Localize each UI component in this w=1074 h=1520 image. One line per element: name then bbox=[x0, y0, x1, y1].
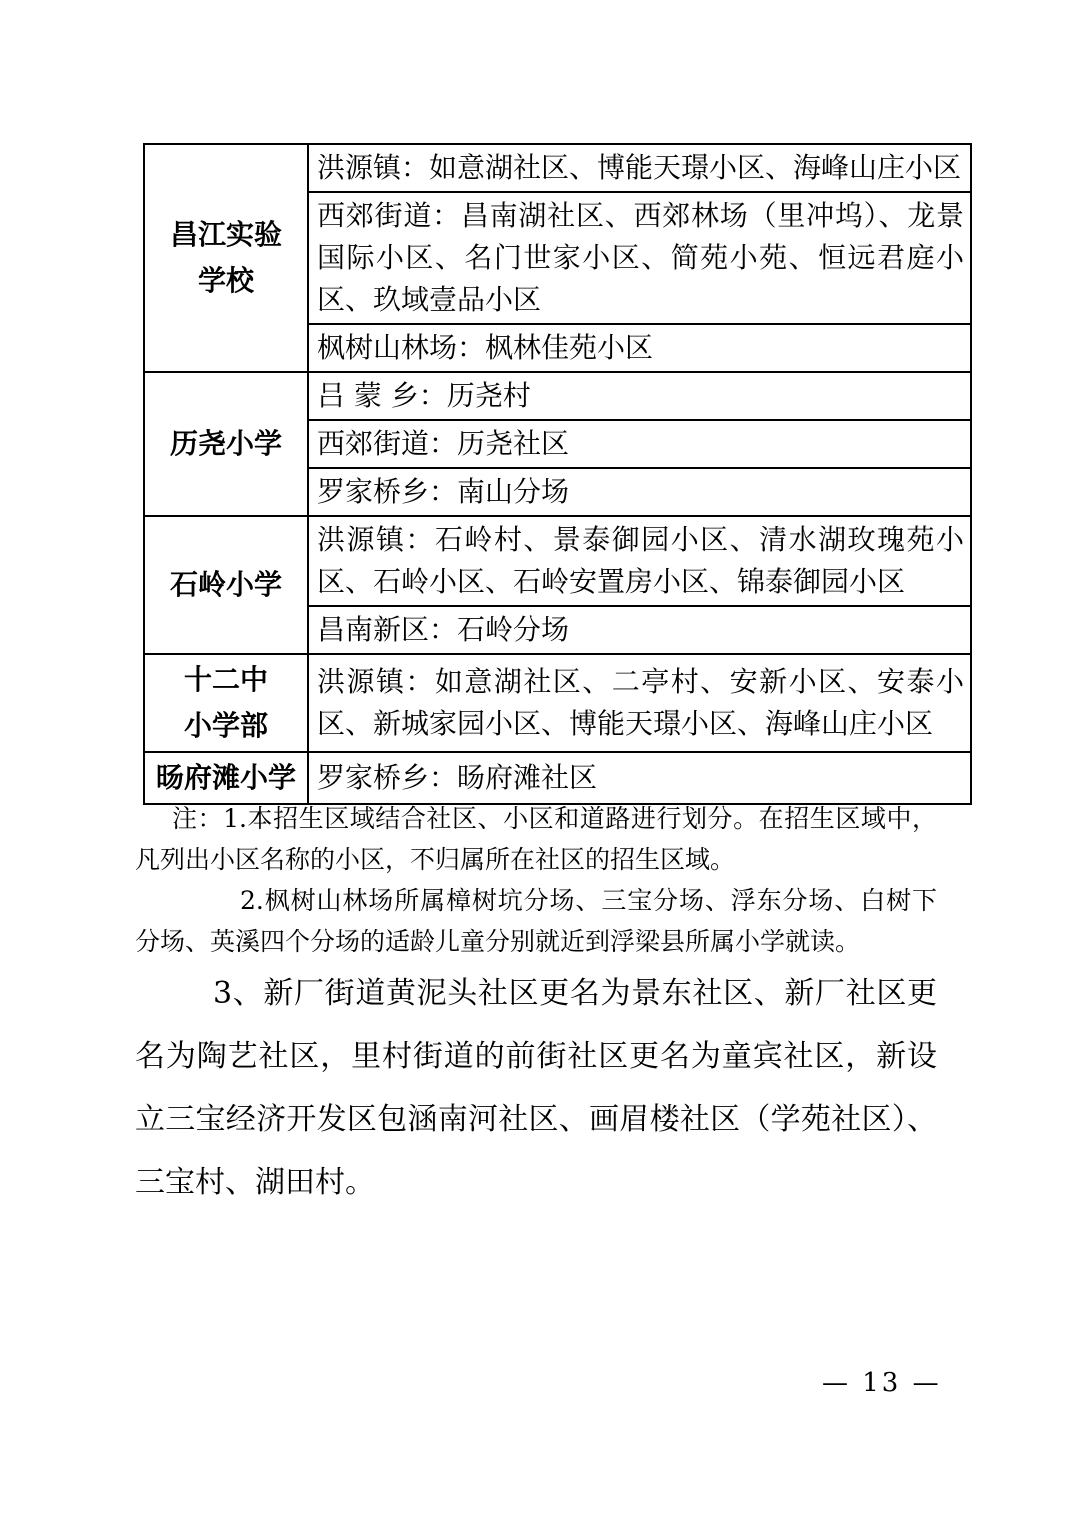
school-name-cell: 历尧小学 bbox=[144, 372, 308, 516]
district-cell: 罗家桥乡：南山分场 bbox=[308, 468, 971, 516]
school-name-cell: 石岭小学 bbox=[144, 516, 308, 654]
district-cell: 洪源镇：如意湖社区、二亭村、安新小区、安泰小区、新城家园小区、博能天璟小区、海峰… bbox=[308, 654, 971, 752]
table-row: 旸府滩小学 罗家桥乡：旸府滩社区 bbox=[144, 752, 971, 804]
note-paragraph-1: 注：1.本招生区域结合社区、小区和道路进行划分。在招生区域中，凡列出小区名称的小… bbox=[135, 798, 937, 880]
note-paragraph-3: 3、新厂街道黄泥头社区更名为景东社区、新厂社区更名为陶艺社区，里村街道的前街社区… bbox=[135, 962, 937, 1214]
district-cell: 昌南新区：石岭分场 bbox=[308, 606, 971, 654]
school-name-cell: 十二中 小学部 bbox=[144, 654, 308, 752]
table-row: 昌江实验 学校 洪源镇：如意湖社区、博能天璟小区、海峰山庄小区 bbox=[144, 144, 971, 192]
table-row: 石岭小学 洪源镇：石岭村、景泰御园小区、清水湖玫瑰苑小区、石岭小区、石岭安置房小… bbox=[144, 516, 971, 606]
school-name-cell: 昌江实验 学校 bbox=[144, 144, 308, 372]
district-cell: 洪源镇：如意湖社区、博能天璟小区、海峰山庄小区 bbox=[308, 144, 971, 192]
enrollment-districts-table: 昌江实验 学校 洪源镇：如意湖社区、博能天璟小区、海峰山庄小区 西郊街道：昌南湖… bbox=[143, 143, 972, 805]
table-row: 十二中 小学部 洪源镇：如意湖社区、二亭村、安新小区、安泰小区、新城家园小区、博… bbox=[144, 654, 971, 752]
district-cell: 西郊街道：昌南湖社区、西郊林场（里冲坞）、龙景国际小区、名门世家小区、简苑小苑、… bbox=[308, 192, 971, 324]
district-cell: 罗家桥乡：旸府滩社区 bbox=[308, 752, 971, 804]
district-cell: 洪源镇：石岭村、景泰御园小区、清水湖玫瑰苑小区、石岭小区、石岭安置房小区、锦泰御… bbox=[308, 516, 971, 606]
notes-section: 注：1.本招生区域结合社区、小区和道路进行划分。在招生区域中，凡列出小区名称的小… bbox=[135, 798, 937, 1214]
district-cell: 枫树山林场：枫林佳苑小区 bbox=[308, 324, 971, 372]
note-paragraph-2: 2.枫树山林场所属樟树坑分场、三宝分场、浮东分场、白树下分场、英溪四个分场的适龄… bbox=[135, 880, 937, 962]
document-page: 昌江实验 学校 洪源镇：如意湖社区、博能天璟小区、海峰山庄小区 西郊街道：昌南湖… bbox=[0, 0, 1074, 1520]
district-cell: 西郊街道：历尧社区 bbox=[308, 420, 971, 468]
page-number: — 13 — bbox=[822, 1368, 942, 1398]
district-cell: 吕 蒙 乡：历尧村 bbox=[308, 372, 971, 420]
table-row: 历尧小学 吕 蒙 乡：历尧村 bbox=[144, 372, 971, 420]
school-name-cell: 旸府滩小学 bbox=[144, 752, 308, 804]
